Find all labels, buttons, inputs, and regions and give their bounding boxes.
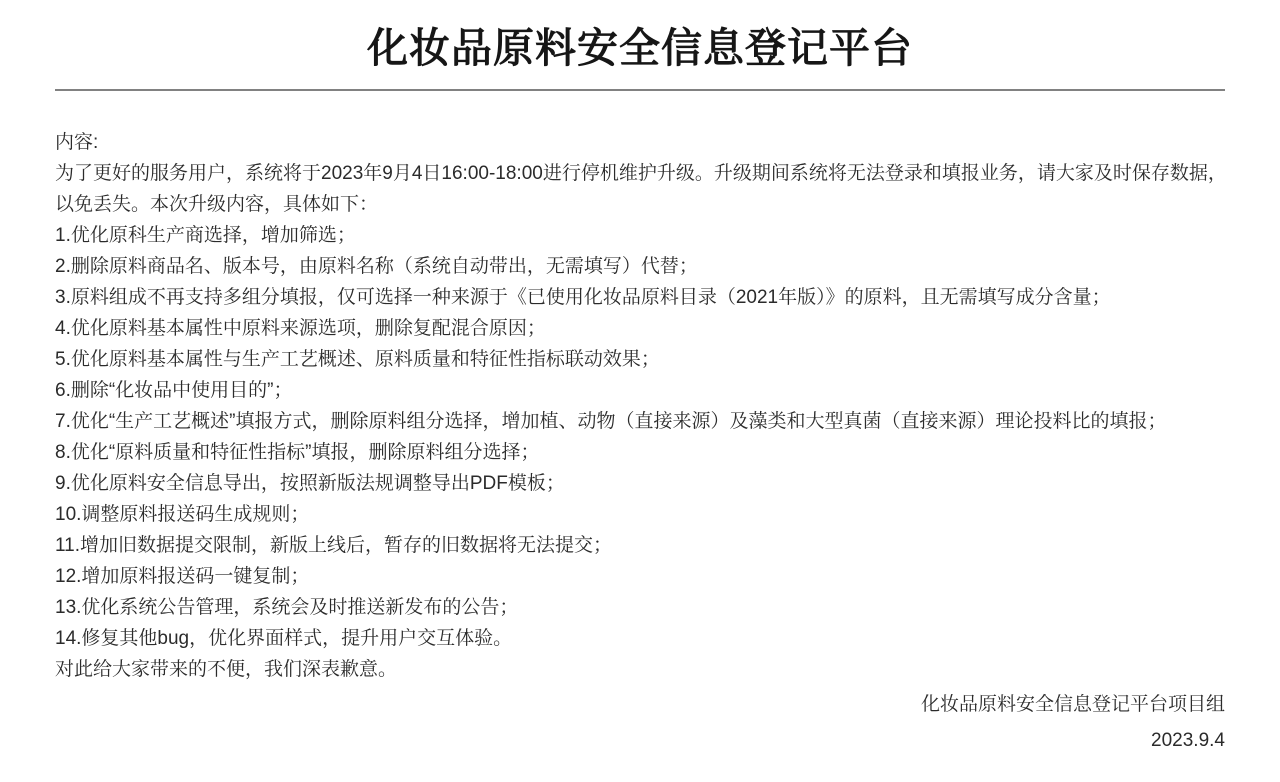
notice-list-item: 7.优化“生产工艺概述”填报方式，删除原料组分选择，增加植、动物（直接来源）及藻… — [55, 406, 1225, 437]
notice-list-item: 8.优化“原料质量和特征性指标”填报，删除原料组分选择； — [55, 437, 1225, 468]
notice-intro-line: 以免丢失。本次升级内容，具体如下： — [55, 189, 1225, 220]
notice-intro-line: 为了更好的服务用户，系统将于2023年9月4日16:00-18:00进行停机维护… — [55, 158, 1225, 189]
date: 2023.9.4 — [55, 723, 1225, 759]
title-divider — [55, 89, 1225, 91]
signature: 化妆品原料安全信息登记平台项目组 — [55, 687, 1225, 723]
notice-list-item: 1.优化原科生产商选择，增加筛选； — [55, 220, 1225, 251]
notice-list-item: 6.删除“化妆品中使用目的”； — [55, 375, 1225, 406]
page-title: 化妆品原料安全信息登记平台 — [0, 0, 1280, 70]
notice-body: 内容: 为了更好的服务用户，系统将于2023年9月4日16:00-18:00进行… — [55, 127, 1225, 685]
notice-list-item: 9.优化原料安全信息导出，按照新版法规调整导出PDF模板； — [55, 468, 1225, 499]
content-label: 内容: — [55, 127, 1225, 158]
announcement-page: 化妆品原料安全信息登记平台 内容: 为了更好的服务用户，系统将于2023年9月4… — [0, 0, 1280, 782]
notice-footer: 化妆品原料安全信息登记平台项目组 2023.9.4 — [55, 687, 1225, 759]
notice-list-item: 14.修复其他bug，优化界面样式，提升用户交互体验。 — [55, 623, 1225, 654]
notice-list-item: 5.优化原料基本属性与生产工艺概述、原料质量和特征性指标联动效果； — [55, 344, 1225, 375]
notice-list-item: 3.原料组成不再支持多组分填报，仅可选择一种来源于《已使用化妆品原料目录（202… — [55, 282, 1225, 313]
notice-list-item: 2.删除原料商品名、版本号，由原料名称（系统自动带出，无需填写）代替； — [55, 251, 1225, 282]
notice-closing-line: 对此给大家带来的不便，我们深表歉意。 — [55, 654, 1225, 685]
notice-list-item: 13.优化系统公告管理，系统会及时推送新发布的公告； — [55, 592, 1225, 623]
notice-list-item: 11.增加旧数据提交限制，新版上线后，暂存的旧数据将无法提交； — [55, 530, 1225, 561]
notice-list-item: 4.优化原料基本属性中原料来源选项，删除复配混合原因； — [55, 313, 1225, 344]
notice-list-item: 12.增加原料报送码一键复制； — [55, 561, 1225, 592]
notice-list-item: 10.调整原料报送码生成规则； — [55, 499, 1225, 530]
